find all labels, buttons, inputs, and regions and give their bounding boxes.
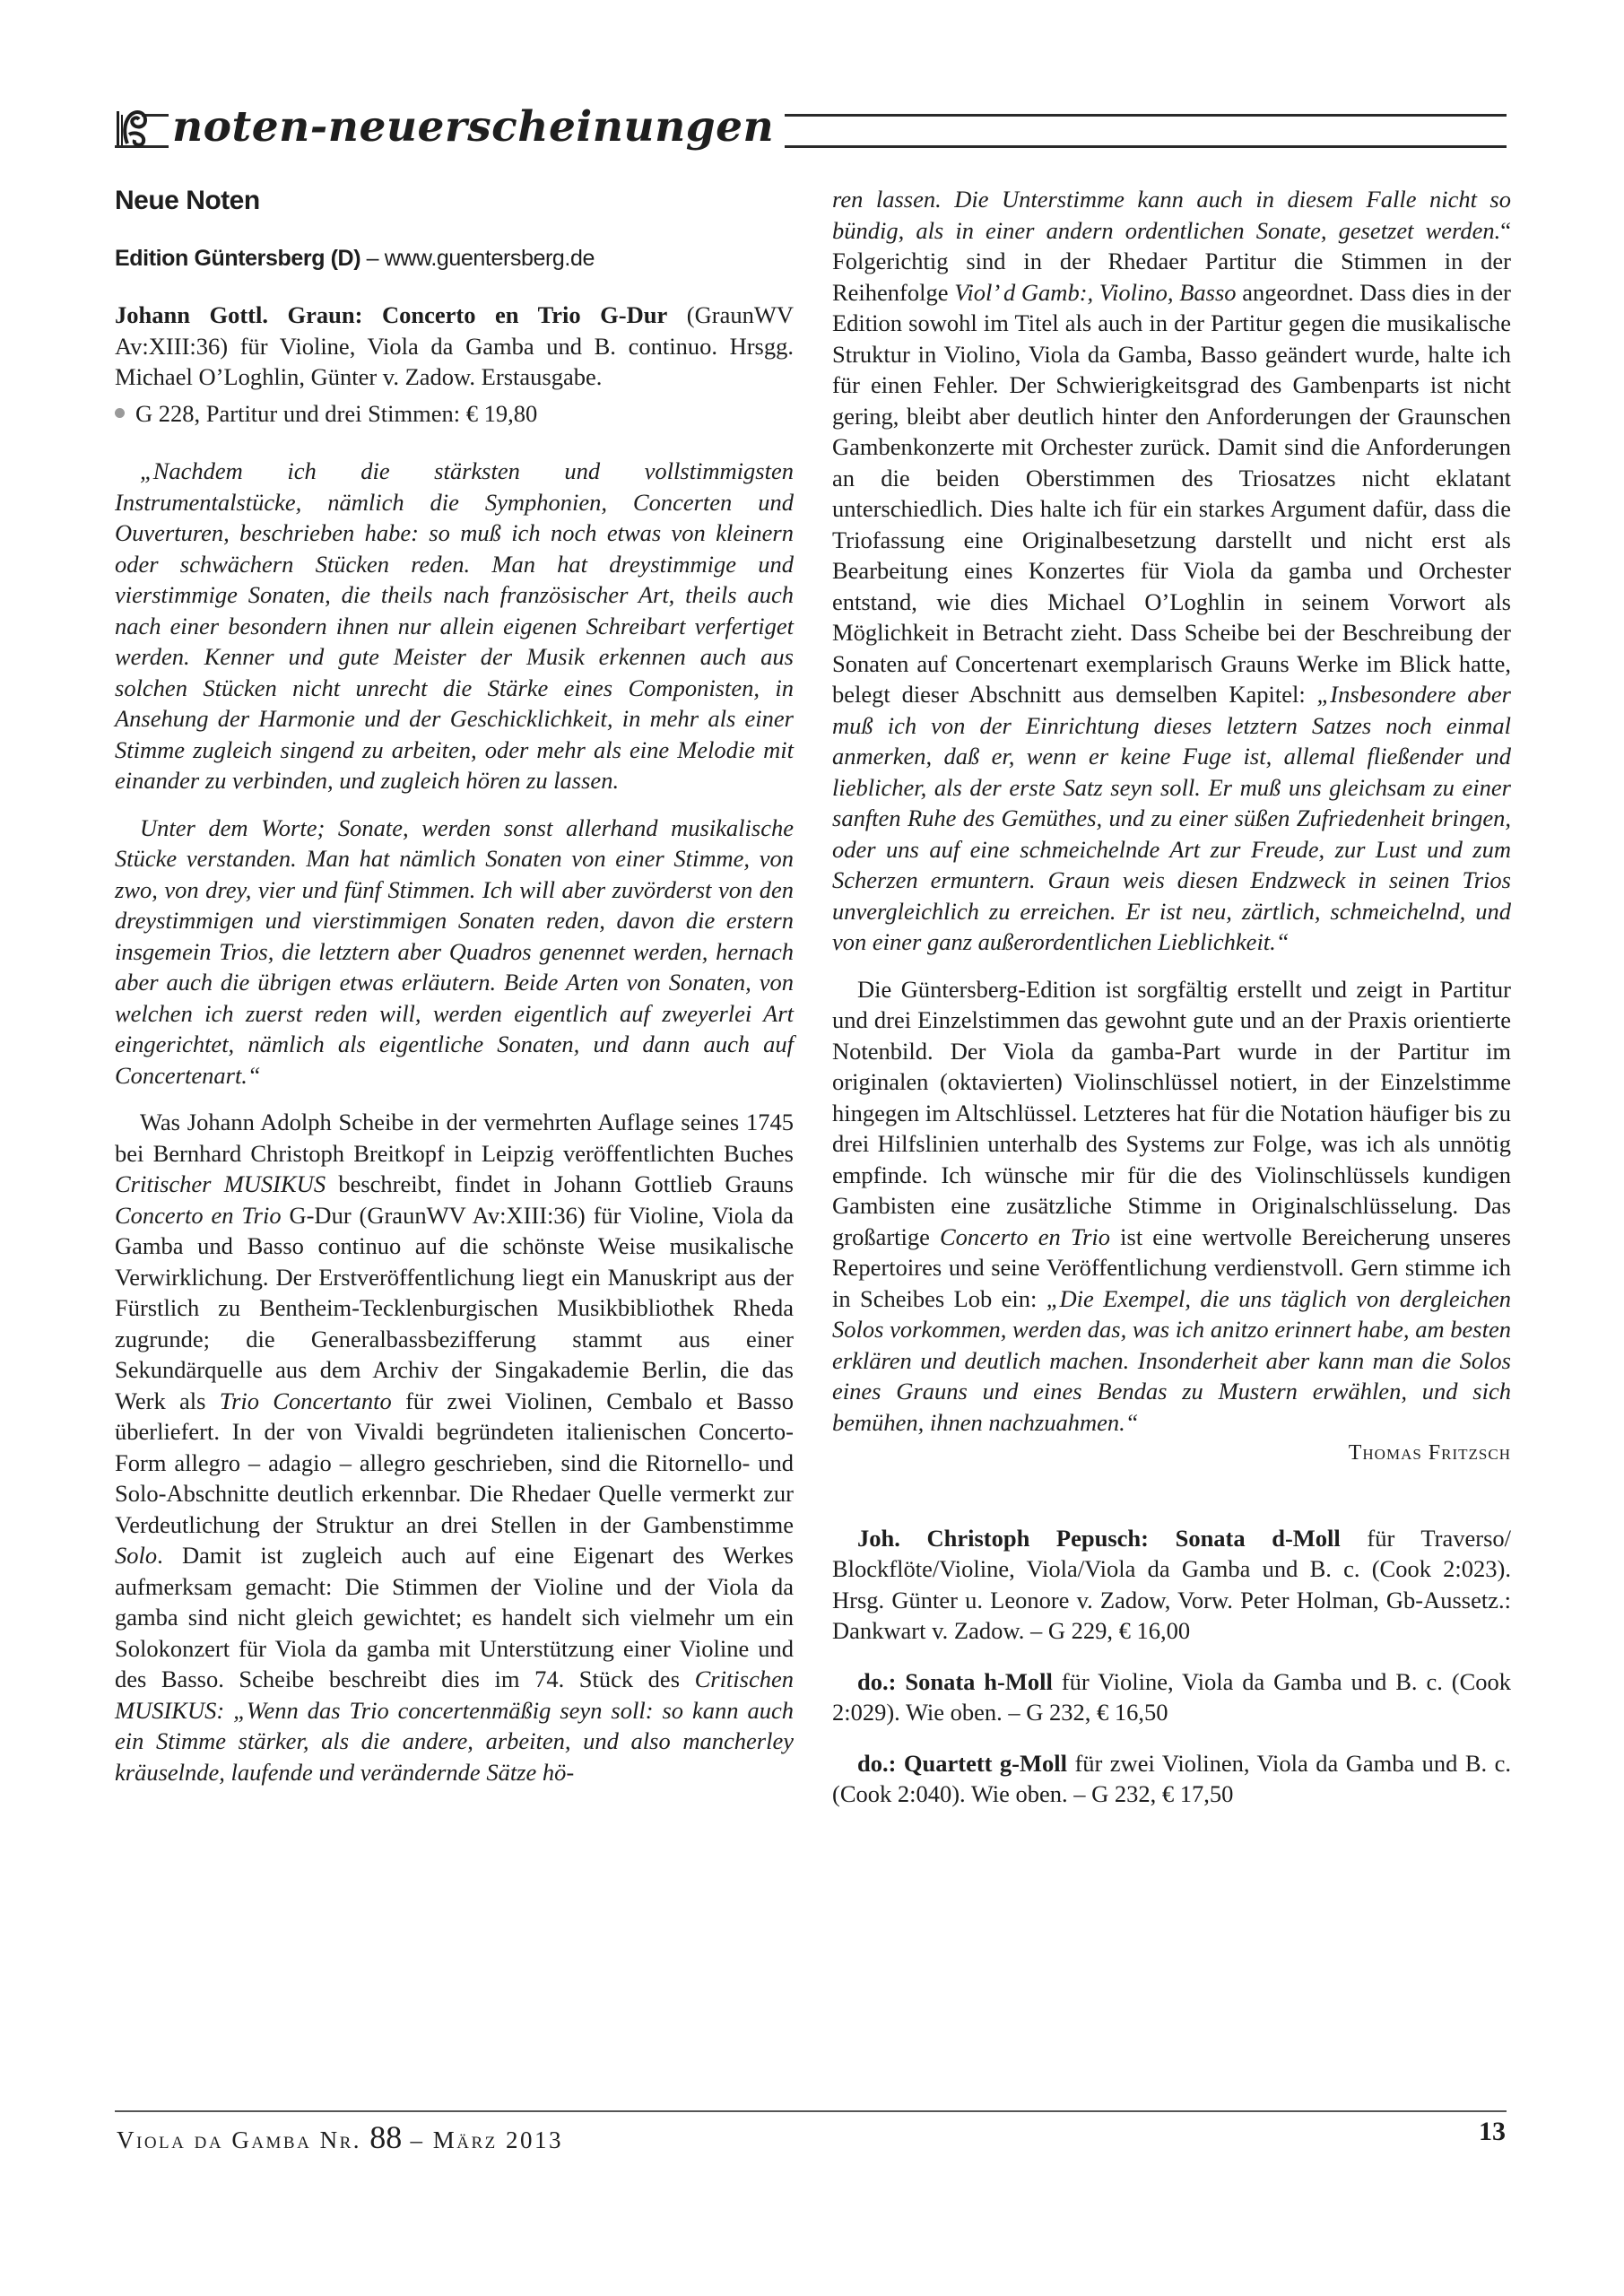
journal-footer: Viola da Gamba Nr. 88 – März 2013 <box>117 2118 563 2156</box>
bullet-icon <box>115 408 125 418</box>
list-item: Joh. Christoph Pepusch: Sonata d-Moll fü… <box>832 1523 1511 1647</box>
footer-rule <box>115 2110 1507 2112</box>
entry-graun: Johann Gottl. Graun: Concerto en Trio G-… <box>115 300 794 393</box>
issue-date: – März 2013 <box>402 2126 563 2153</box>
quote-paragraph-1: „Nachdem ich die stärksten und vollstimm… <box>115 456 794 796</box>
body-paragraph-2: Die Güntersberg-Edition ist sorgfältig e… <box>832 974 1511 1439</box>
italic-run: Concerto en Trio <box>940 1223 1110 1250</box>
list-item: do.: Sonata h-Moll für Violine, Viola da… <box>832 1666 1511 1728</box>
price-line: G 228, Partitur und drei Stimmen: € 19,8… <box>115 398 794 430</box>
page-number: 13 <box>1479 2117 1506 2147</box>
text-run: beschreibt, findet in Johann Gottlieb Gr… <box>326 1170 794 1197</box>
quote-paragraph-2: Unter dem Worte; Sonate, werden sonst al… <box>115 813 794 1091</box>
italic-run: Solo <box>115 1542 157 1569</box>
text-run: Was Johann Adolph Scheibe in der vermehr… <box>115 1109 794 1167</box>
entry-title: Johann Gottl. Graun: Concerto en Trio G-… <box>115 301 667 328</box>
list-item: do.: Quartett g-Moll für zwei Violinen, … <box>832 1748 1511 1810</box>
page-heading: Neue Noten <box>115 185 794 217</box>
body-paragraph-1: Was Johann Adolph Scheibe in der vermehr… <box>115 1107 794 1787</box>
text-run: . Damit ist zugleich auch auf eine Eigen… <box>115 1542 794 1692</box>
right-column: ren lassen. Die Unterstimme kann auch in… <box>832 184 1511 1830</box>
issue-number: 88 <box>369 2119 402 2155</box>
italic-run: Critischer MUSIKUS <box>115 1170 326 1197</box>
left-column: Neue Noten Edition Güntersberg (D) – www… <box>115 179 794 1787</box>
italic-run: „Insbesondere aber muß ich von der Einri… <box>832 681 1511 955</box>
item-title: do.: Sonata h-Moll <box>857 1668 1053 1695</box>
text-run: G-Dur (GraunWV Av:XIII:36) für Violine, … <box>115 1202 794 1414</box>
viola-scroll-icon <box>115 108 151 147</box>
section-title-script: noten-neuerscheinungen <box>169 102 785 152</box>
item-title: Joh. Christoph Pepusch: Sonata d-Moll <box>857 1525 1341 1552</box>
italic-run: Viol’ d Gamb:, Violino, Basso <box>954 279 1236 306</box>
italic-run: Concerto en Trio <box>115 1202 282 1229</box>
body-paragraph-continued: ren lassen. Die Unterstimme kann auch in… <box>832 184 1511 958</box>
publisher-url[interactable]: www.guentersberg.de <box>385 246 595 271</box>
price-text: G 228, Partitur und drei Stimmen: € 19,8… <box>135 398 537 430</box>
italic-run: Trio Concertanto <box>220 1387 392 1414</box>
publisher-line: Edition Güntersberg (D) – www.guentersbe… <box>115 244 794 273</box>
publisher-name: Edition Güntersberg (D) <box>115 246 360 271</box>
publisher-separator: – <box>360 246 385 271</box>
text-run: angeordnet. Dass dies in der Edition sow… <box>832 279 1511 709</box>
italic-run: ren lassen. Die Unterstimme kann auch in… <box>832 186 1511 244</box>
journal-name: Viola da Gamba Nr. <box>117 2126 369 2153</box>
item-title: do.: Quartett g-Moll <box>857 1750 1067 1777</box>
section-header: noten-neuerscheinungen <box>115 109 1507 152</box>
text-run: Die Güntersberg-Edition ist sorgfältig e… <box>832 976 1511 1250</box>
author-signature: Thomas Fritzsch <box>832 1438 1511 1469</box>
